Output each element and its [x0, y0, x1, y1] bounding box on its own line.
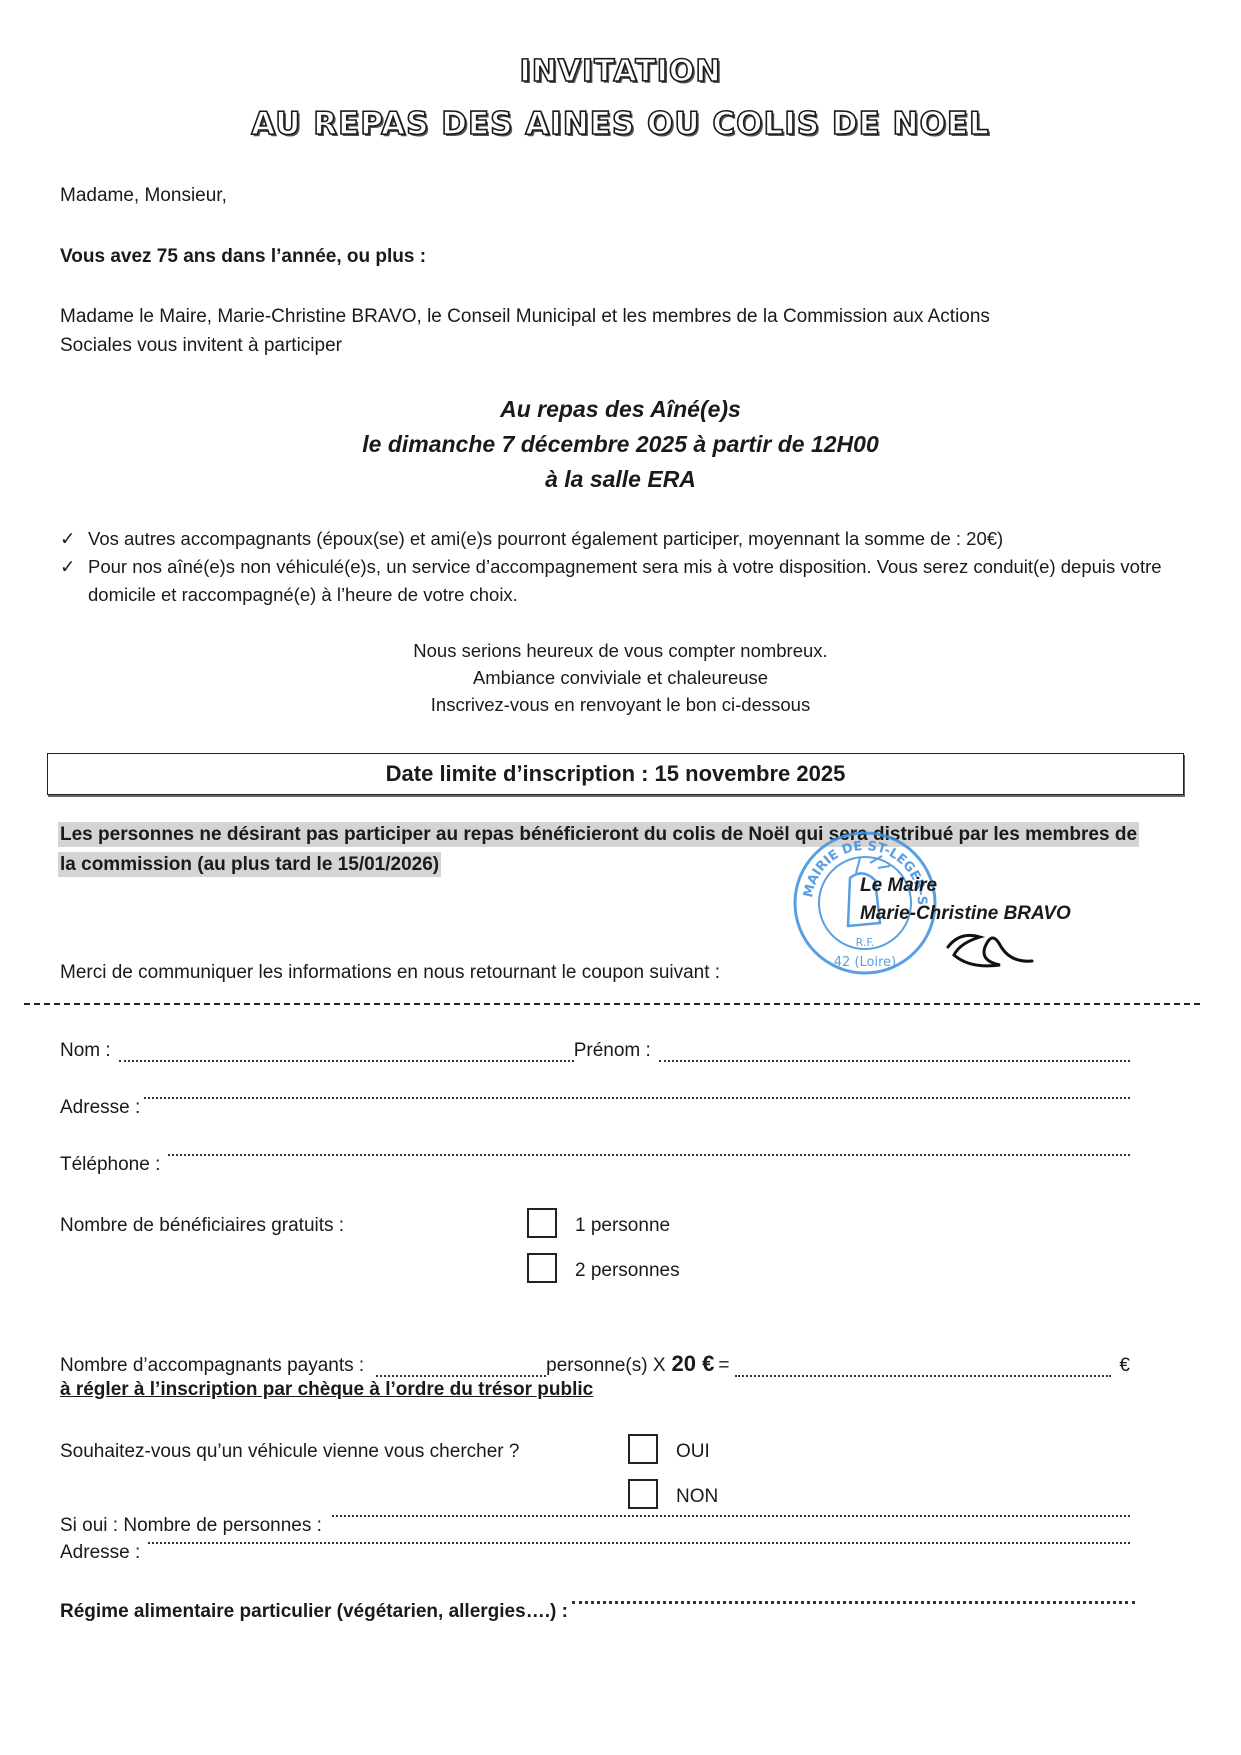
closing-text: Nous serions heureux de vous compter nom…: [0, 637, 1241, 718]
event-title: Au repas des Aîné(e)s: [0, 392, 1241, 427]
regime-label: Régime alimentaire particulier (végétari…: [60, 1601, 568, 1623]
si-oui-row: Si oui : Nombre de personnes :: [60, 1515, 1130, 1537]
check-icon: ✓: [60, 553, 88, 609]
regime-field[interactable]: [572, 1601, 1135, 1604]
signature-icon: [940, 925, 1040, 975]
document-subtitle: AU REPAS DES AINES OU COLIS DE NOEL: [0, 106, 1241, 142]
signatory-role: Le Maire: [860, 875, 937, 897]
beneficiaire-2-label: 2 personnes: [575, 1260, 680, 1282]
notice-line-1: Les personnes ne désirant pas participer…: [58, 822, 1139, 847]
nom-field[interactable]: [119, 1060, 574, 1062]
svg-text:R.F.: R.F.: [856, 936, 875, 949]
vehicule-label: Souhaitez-vous qu’un véhicule vienne vou…: [60, 1441, 519, 1463]
price: 20 €: [672, 1351, 715, 1377]
telephone-field[interactable]: [168, 1154, 1130, 1156]
equals-sign: =: [718, 1355, 729, 1377]
prenom-field[interactable]: [659, 1060, 1130, 1062]
vehicule-non-label: NON: [676, 1486, 718, 1508]
closing-line-2: Ambiance conviviale et chaleureuse: [0, 664, 1241, 691]
closing-line-3: Inscrivez-vous en renvoyant le bon ci-de…: [0, 691, 1241, 718]
total-field[interactable]: [735, 1375, 1111, 1377]
si-oui-adresse-row: Adresse :: [60, 1542, 1130, 1564]
age-condition: Vous avez 75 ans dans l’année, ou plus :: [60, 242, 426, 271]
adresse-row: Adresse :: [60, 1097, 1130, 1119]
bullet-text: Pour nos aîné(e)s non véhiculé(e)s, un s…: [88, 553, 1190, 609]
prenom-label: Prénom :: [574, 1040, 651, 1062]
telephone-row: Téléphone :: [60, 1154, 1130, 1176]
event-date: le dimanche 7 décembre 2025 à partir de …: [0, 427, 1241, 462]
intro-line-1: Madame le Maire, Marie-Christine BRAVO, …: [60, 302, 990, 331]
beneficiaire-1-checkbox[interactable]: [527, 1208, 557, 1238]
si-oui-count-field[interactable]: [332, 1515, 1130, 1517]
document-title: INVITATION: [0, 54, 1241, 89]
beneficiaire-1-label: 1 personne: [575, 1215, 670, 1237]
name-row: Nom : Prénom :: [60, 1040, 1130, 1062]
bullet-item: ✓ Vos autres accompagnants (époux(se) et…: [60, 525, 1190, 553]
accompagnants-unit: personne(s) X: [546, 1355, 665, 1377]
intro-line-2: Sociales vous invitent à participer: [60, 331, 342, 360]
svg-text:42 (Loire): 42 (Loire): [834, 955, 896, 970]
deadline-box: Date limite d’inscription : 15 novembre …: [47, 753, 1184, 795]
vehicule-oui-label: OUI: [676, 1441, 710, 1463]
adresse-label: Adresse :: [60, 1097, 140, 1119]
payment-note: à régler à l’inscription par chèque à l’…: [60, 1379, 593, 1401]
telephone-label: Téléphone :: [60, 1154, 160, 1176]
nom-label: Nom :: [60, 1040, 111, 1062]
vehicule-non-checkbox[interactable]: [628, 1479, 658, 1509]
greeting: Madame, Monsieur,: [60, 181, 227, 210]
adresse-field[interactable]: [144, 1097, 1130, 1099]
vehicule-oui-checkbox[interactable]: [628, 1434, 658, 1464]
currency-sign: €: [1119, 1355, 1130, 1377]
signatory-name: Marie-Christine BRAVO: [860, 903, 1071, 925]
cut-line: [24, 1003, 1200, 1005]
notice-line-2: la commission (au plus tard le 15/01/202…: [58, 852, 441, 877]
accompagnants-label: Nombre d’accompagnants payants :: [60, 1355, 364, 1377]
accompagnants-row: Nombre d’accompagnants payants : personn…: [60, 1351, 1130, 1377]
closing-line-1: Nous serions heureux de vous compter nom…: [0, 637, 1241, 664]
si-oui-adresse-field[interactable]: [148, 1542, 1130, 1544]
check-icon: ✓: [60, 525, 88, 553]
colis-notice: Les personnes ne désirant pas participer…: [58, 820, 1178, 880]
bullet-text: Vos autres accompagnants (époux(se) et a…: [88, 525, 1003, 553]
si-oui-label: Si oui : Nombre de personnes :: [60, 1515, 322, 1537]
si-oui-adresse-label: Adresse :: [60, 1542, 140, 1564]
regime-row: Régime alimentaire particulier (végétari…: [60, 1601, 1135, 1623]
event-location: à la salle ERA: [0, 462, 1241, 497]
beneficiaire-2-checkbox[interactable]: [527, 1253, 557, 1283]
beneficiaires-label: Nombre de bénéficiaires gratuits :: [60, 1215, 344, 1237]
bullet-list: ✓ Vos autres accompagnants (époux(se) et…: [60, 525, 1190, 609]
coupon-intro: Merci de communiquer les informations en…: [60, 958, 720, 987]
accompagnants-count-field[interactable]: [376, 1375, 546, 1377]
bullet-item: ✓ Pour nos aîné(e)s non véhiculé(e)s, un…: [60, 553, 1190, 609]
